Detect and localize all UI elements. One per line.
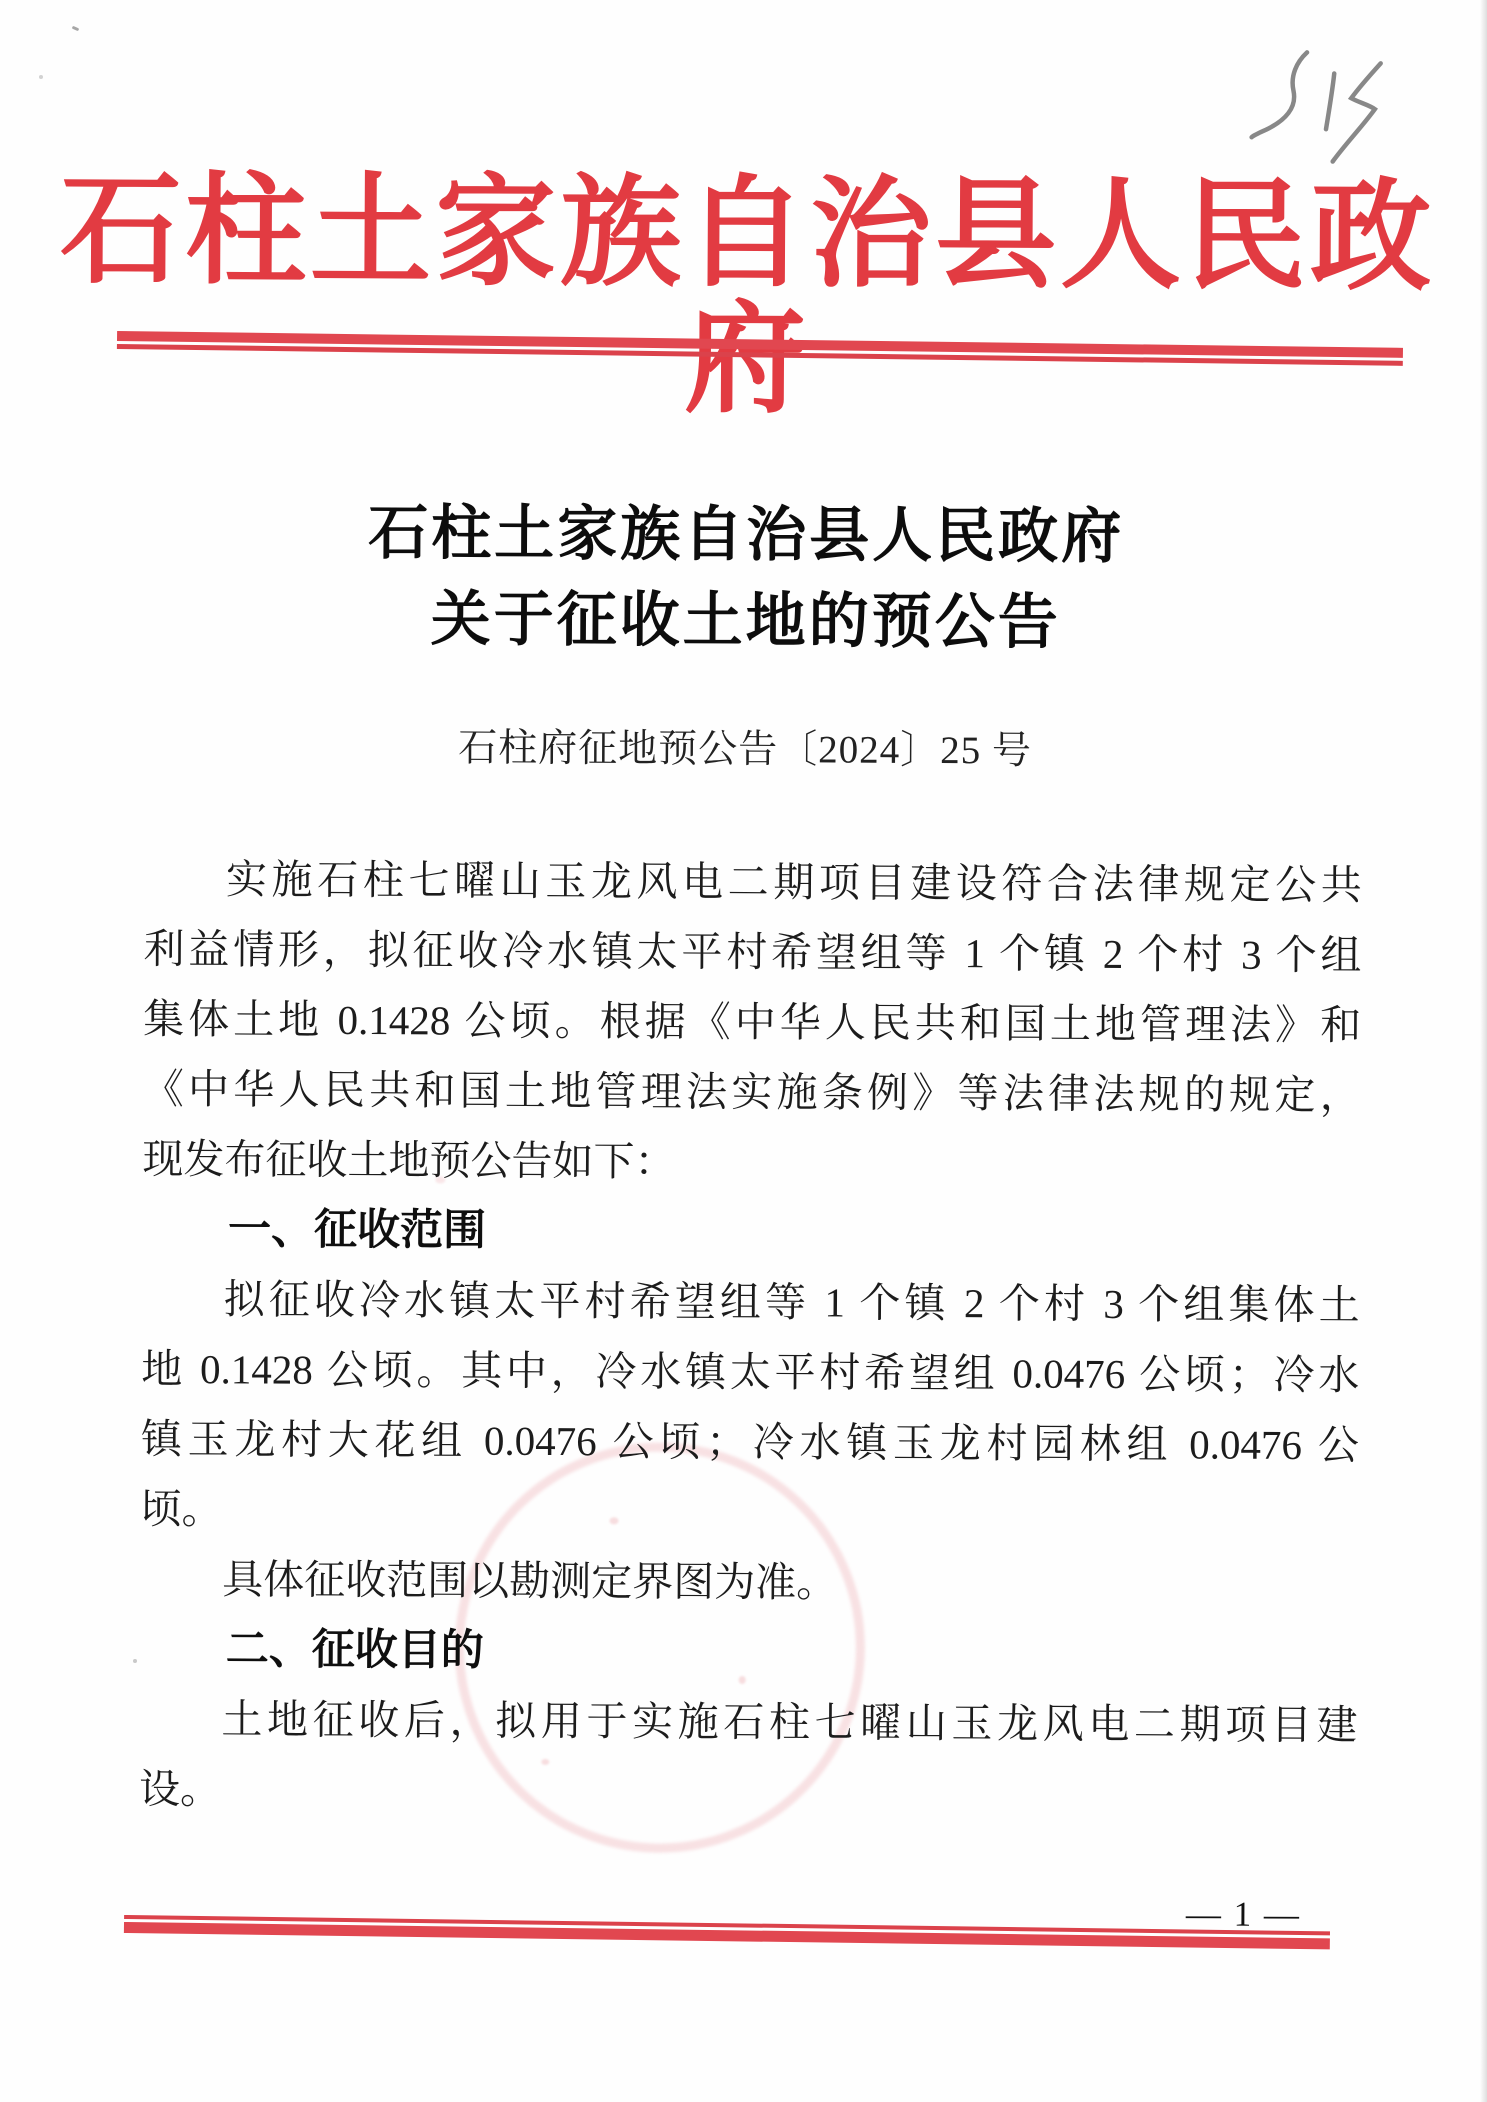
doc-title: 石柱土家族自治县人民政府 关于征收土地的预公告 bbox=[2, 488, 1487, 668]
scanned-document-page: 石柱土家族自治县人民政府 石柱土家族自治县人民政府 关于征收土地的预公告 石柱府… bbox=[0, 0, 1487, 2102]
page-content: 石柱土家族自治县人民政府 石柱土家族自治县人民政府 关于征收土地的预公告 石柱府… bbox=[0, 0, 1487, 2102]
body-line: 设。 bbox=[139, 1754, 1357, 1830]
body-line: 集体土地 0.1428 公顷。根据《中华人民共和国土地管理法》和 bbox=[143, 984, 1361, 1060]
body-line: 拟征收冷水镇太平村希望组等 1 个镇 2 个村 3 个组集体土 bbox=[142, 1264, 1360, 1340]
section-heading: 二、征收目的 bbox=[140, 1614, 1358, 1690]
section-heading: 一、征收范围 bbox=[142, 1194, 1360, 1270]
scan-edge-shadow bbox=[1480, 0, 1487, 2102]
body-text: 实施石柱七曜山玉龙风电二期项目建设符合法律规定公共 利益情形，拟征收冷水镇太平村… bbox=[139, 844, 1362, 1830]
handwritten-number-mark bbox=[1245, 42, 1400, 168]
masthead-org-name: 石柱土家族自治县人民政府 bbox=[3, 168, 1487, 428]
body-line: 具体征收范围以勘测定界图为准。 bbox=[140, 1544, 1358, 1620]
pencil-scribble-513-icon bbox=[1245, 42, 1400, 168]
scan-speck bbox=[39, 75, 43, 79]
doc-reference-number: 石柱府征地预公告〔2024〕25 号 bbox=[1, 723, 1487, 777]
scan-speck bbox=[133, 1659, 137, 1663]
body-line: 顷。 bbox=[140, 1474, 1358, 1550]
body-line: 实施石柱七曜山玉龙风电二期项目建设符合法律规定公共 bbox=[144, 844, 1362, 920]
body-line: 现发布征收土地预公告如下： bbox=[142, 1124, 1360, 1200]
body-line: 地 0.1428 公顷。其中，冷水镇太平村希望组 0.0476 公顷；冷水 bbox=[141, 1334, 1359, 1410]
body-line: 利益情形，拟征收冷水镇太平村希望组等 1 个镇 2 个村 3 个组 bbox=[143, 914, 1361, 990]
body-line: 《中华人民共和国土地管理法实施条例》等法律法规的规定， bbox=[143, 1054, 1361, 1130]
doc-title-line2: 关于征收土地的预公告 bbox=[2, 574, 1487, 668]
body-line: 镇玉龙村大花组 0.0476 公顷；冷水镇玉龙村园林组 0.0476 公 bbox=[141, 1404, 1359, 1480]
body-line: 土地征收后，拟用于实施石柱七曜山玉龙风电二期项目建 bbox=[139, 1684, 1357, 1760]
doc-title-line1: 石柱土家族自治县人民政府 bbox=[2, 488, 1487, 582]
